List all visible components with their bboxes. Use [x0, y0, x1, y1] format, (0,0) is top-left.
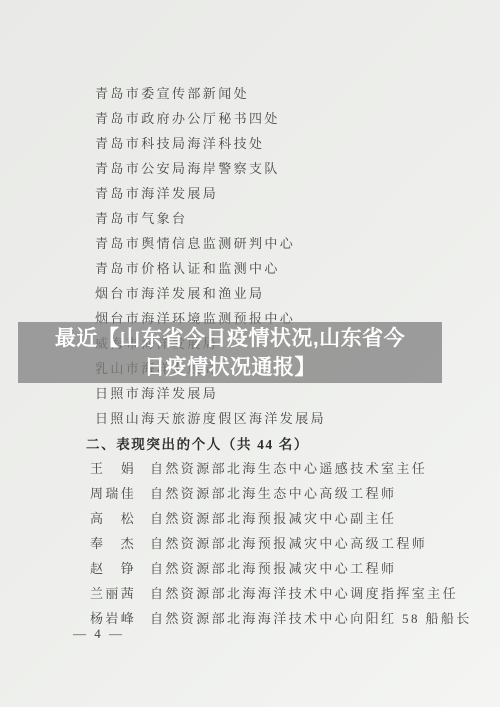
- person-name: 赵 铮: [90, 558, 150, 577]
- org-list-item: 青岛市公安局海岸警察支队: [0, 155, 500, 180]
- person-name: 奉 杰: [90, 533, 150, 552]
- person-name: 周瑞佳: [90, 483, 150, 502]
- section-header: 二、表现突出的个人（共 44 名）: [0, 430, 500, 455]
- org-list-item: 日照市海洋发展局: [0, 380, 500, 405]
- person-row: 奉 杰 自然资源部北海预报减灾中心高级工程师: [0, 530, 500, 555]
- org-list-item: 烟台市海洋发展和渔业局: [0, 280, 500, 305]
- org-name: 青岛市公安局海岸警察支队: [95, 158, 280, 177]
- overlay-banner[interactable]: 最近【山东省今日疫情状况,山东省今 日疫情状况通报】: [18, 322, 442, 383]
- org-name: 青岛市委宣传部新闻处: [95, 83, 249, 102]
- person-title: 自然资源部北海海洋技术中心调度指挥室主任: [150, 583, 458, 602]
- document-page: 青岛市委宣传部新闻处 青岛市政府办公厅秘书四处 青岛市科技局海洋科技处 青岛市公…: [0, 0, 500, 707]
- person-title: 自然资源部北海生态中心遥感技术室主任: [150, 458, 427, 477]
- person-name: 杨岩峰: [90, 608, 150, 627]
- org-list-item: 青岛市海洋发展局: [0, 180, 500, 205]
- person-row: 周瑞佳 自然资源部北海生态中心高级工程师: [0, 480, 500, 505]
- org-list-item: 青岛市委宣传部新闻处: [0, 80, 500, 105]
- person-row: 高 松 自然资源部北海预报减灾中心副主任: [0, 505, 500, 530]
- person-title: 自然资源部北海预报减灾中心副主任: [150, 508, 396, 527]
- person-name: 高 松: [90, 508, 150, 527]
- person-row: 王 娟 自然资源部北海生态中心遥感技术室主任: [0, 455, 500, 480]
- overlay-banner-line-1: 最近【山东省今日疫情状况,山东省今: [55, 324, 405, 353]
- org-name: 青岛市气象台: [95, 208, 187, 227]
- person-name: 王 娟: [90, 458, 150, 477]
- org-list-item: 青岛市政府办公厅秘书四处: [0, 105, 500, 130]
- org-list-item: 青岛市科技局海洋科技处: [0, 130, 500, 155]
- org-name: 青岛市政府办公厅秘书四处: [95, 108, 280, 127]
- page-number: — 4 —: [73, 626, 125, 642]
- overlay-banner-line-2: 日疫情状况通报】: [144, 353, 316, 382]
- person-name: 兰丽茜: [90, 583, 150, 602]
- person-title: 自然资源部北海预报减灾中心高级工程师: [150, 533, 427, 552]
- org-name: 日照山海天旅游度假区海洋发展局: [95, 408, 326, 427]
- org-name: 日照市海洋发展局: [95, 383, 218, 402]
- org-list-item: 日照山海天旅游度假区海洋发展局: [0, 405, 500, 430]
- org-list-item: 青岛市舆情信息监测研判中心: [0, 230, 500, 255]
- section-header-text: 二、表现突出的个人（共 44 名）: [86, 433, 309, 453]
- org-name: 青岛市舆情信息监测研判中心: [95, 233, 295, 252]
- person-row: 兰丽茜 自然资源部北海海洋技术中心调度指挥室主任: [0, 580, 500, 605]
- person-title: 自然资源部北海预报减灾中心工程师: [150, 558, 396, 577]
- org-name: 青岛市价格认证和监测中心: [95, 258, 280, 277]
- org-name: 青岛市科技局海洋科技处: [95, 133, 264, 152]
- screenshot-root: { "page": { "background": "#ebecea", "te…: [0, 0, 500, 707]
- person-title: 自然资源部北海海洋技术中心向阳红 58 船船长: [150, 608, 472, 627]
- org-list-item: 青岛市价格认证和监测中心: [0, 255, 500, 280]
- person-title: 自然资源部北海生态中心高级工程师: [150, 483, 396, 502]
- org-list-item: 青岛市气象台: [0, 205, 500, 230]
- person-row: 赵 铮 自然资源部北海预报减灾中心工程师: [0, 555, 500, 580]
- org-name: 烟台市海洋发展和渔业局: [95, 283, 264, 302]
- org-name: 青岛市海洋发展局: [95, 183, 218, 202]
